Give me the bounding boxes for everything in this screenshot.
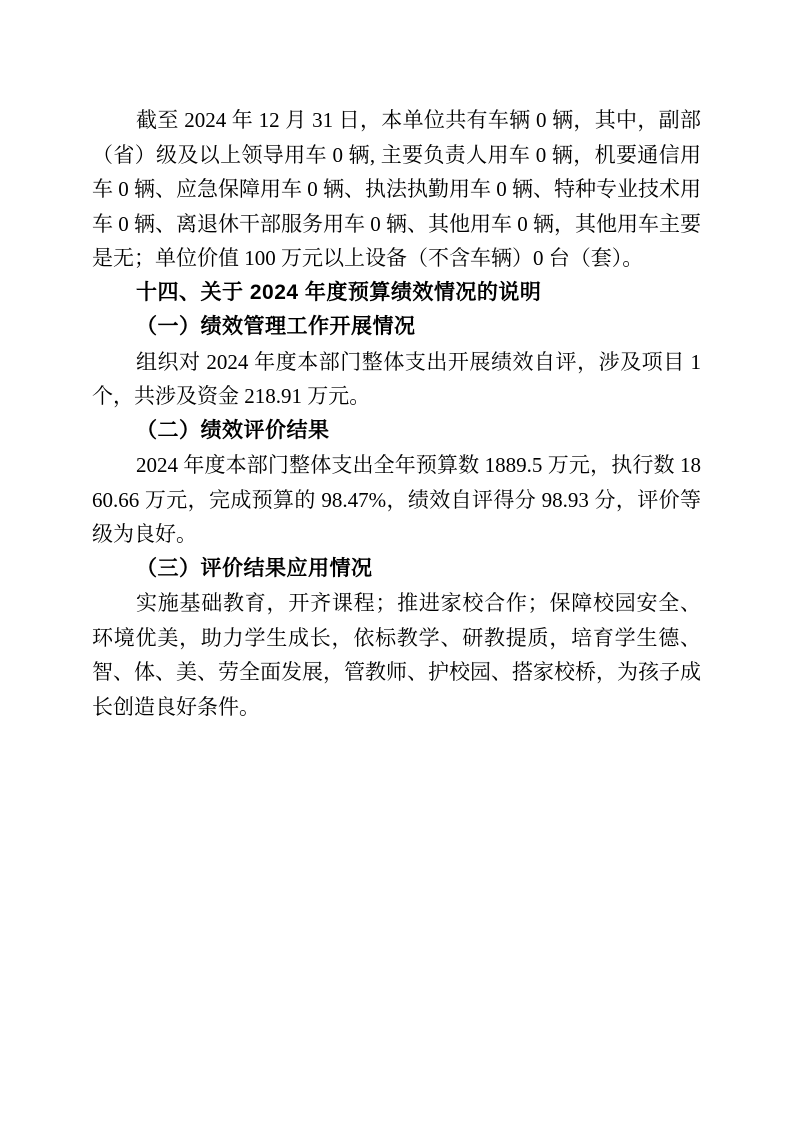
subsection-heading-2-evaluation-results: （二）绩效评价结果 (92, 414, 701, 449)
paragraph-vehicle-statistics: 截至 2024 年 12 月 31 日，本单位共有车辆 0 辆，其中，副部（省）… (92, 103, 701, 276)
subsection-heading-1-performance-management: （一）绩效管理工作开展情况 (92, 310, 701, 345)
document-page: 截至 2024 年 12 月 31 日，本单位共有车辆 0 辆，其中，副部（省）… (0, 0, 793, 1122)
section-heading-14-budget-performance: 十四、关于 2024 年度预算绩效情况的说明 (92, 276, 701, 311)
paragraph-evaluation-figures: 2024 年度本部门整体支出全年预算数 1889.5 万元，执行数 1860.6… (92, 448, 701, 552)
paragraph-result-application: 实施基础教育，开齐课程；推进家校合作；保障校园安全、环境优美，助力学生成长，依标… (92, 586, 701, 724)
subsection-heading-3-result-application: （三）评价结果应用情况 (92, 552, 701, 587)
paragraph-self-evaluation: 组织对 2024 年度本部门整体支出开展绩效自评，涉及项目 1 个，共涉及资金 … (92, 345, 701, 414)
